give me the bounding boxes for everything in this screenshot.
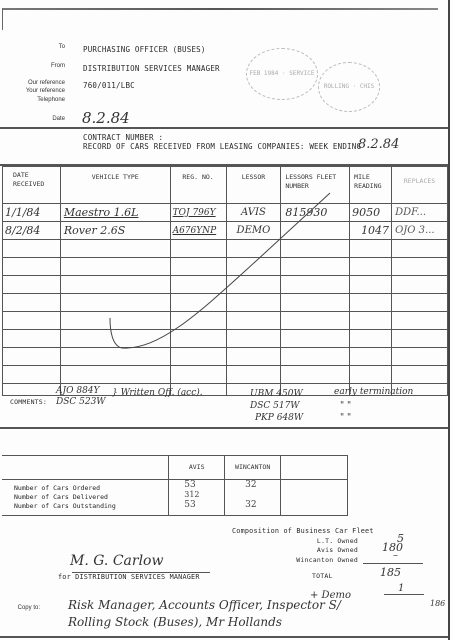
signature-for-label: for DISTRIBUTION SERVICES MANAGER [58, 573, 200, 581]
fleet-title: Composition of Business Car Fleet [232, 527, 374, 535]
comment-reg-1: AJO 884Y [56, 386, 99, 396]
row-cars-ordered: Number of Cars Ordered [14, 484, 168, 493]
fleet-total-value: 185 [380, 566, 401, 579]
summary-col-wincanton: WINCANTON [225, 456, 281, 480]
summary-data-row: Number of Cars Ordered Number of Cars De… [2, 480, 348, 516]
comment-note-5: " " [340, 413, 351, 423]
summary-header-row: AVIS WINCANTON [2, 456, 348, 480]
fleet-total-label: TOTAL [312, 572, 333, 580]
comment-written-off: } Written Off. (acc). [112, 388, 203, 398]
wincanton-delivered [245, 490, 280, 500]
copy-to-line-1: Risk Manager, Accounts Officer, Inspecto… [68, 598, 341, 612]
comment-reg-5: PKP 648W [255, 413, 303, 423]
avis-outstanding: 53 [184, 500, 224, 510]
comment-note-4: " " [340, 401, 351, 411]
wincanton-outstanding: 32 [245, 500, 280, 510]
summary-table: AVIS WINCANTON Number of Cars Ordered Nu… [2, 455, 348, 516]
memo-page: To From Our reference Your reference Tel… [0, 0, 453, 640]
fleet-sum-line [363, 563, 423, 564]
comments-label: COMMENTS: [10, 398, 47, 406]
fleet-demo-line [384, 594, 424, 595]
fleet-avis-owned-label: Avis Owned [300, 546, 358, 554]
wincanton-ordered: 32 [245, 480, 280, 490]
fleet-wincanton-owned-value: – [393, 550, 398, 561]
comment-reg-3: UBM 450W [250, 389, 303, 399]
fleet-demo-value: 1 [398, 583, 404, 594]
signature: M. G. Carlow [70, 553, 163, 569]
row-cars-delivered: Number of Cars Delivered [14, 493, 168, 502]
fleet-wincanton-owned-label: Wincanton Owned [280, 556, 358, 564]
avis-ordered: 53 [184, 480, 224, 490]
comment-note-3: early termination [334, 387, 413, 397]
row-cars-outstanding: Number of Cars Outstanding [14, 502, 168, 511]
bottom-border [0, 636, 448, 638]
summary-col-avis: AVIS [169, 456, 225, 480]
copy-to-line-2: Rolling Stock (Buses), Mr Hollands [68, 615, 282, 629]
fleet-lt-owned-label: L.T. Owned [300, 537, 358, 545]
copy-to-label: Copy to: [0, 605, 40, 611]
comment-reg-4: DSC 517W [250, 401, 300, 411]
fleet-grand-total: 186 [430, 599, 445, 608]
comment-reg-2: DSC 523W [56, 397, 106, 407]
avis-delivered: 312 [184, 490, 224, 500]
comments-divider [0, 427, 448, 429]
